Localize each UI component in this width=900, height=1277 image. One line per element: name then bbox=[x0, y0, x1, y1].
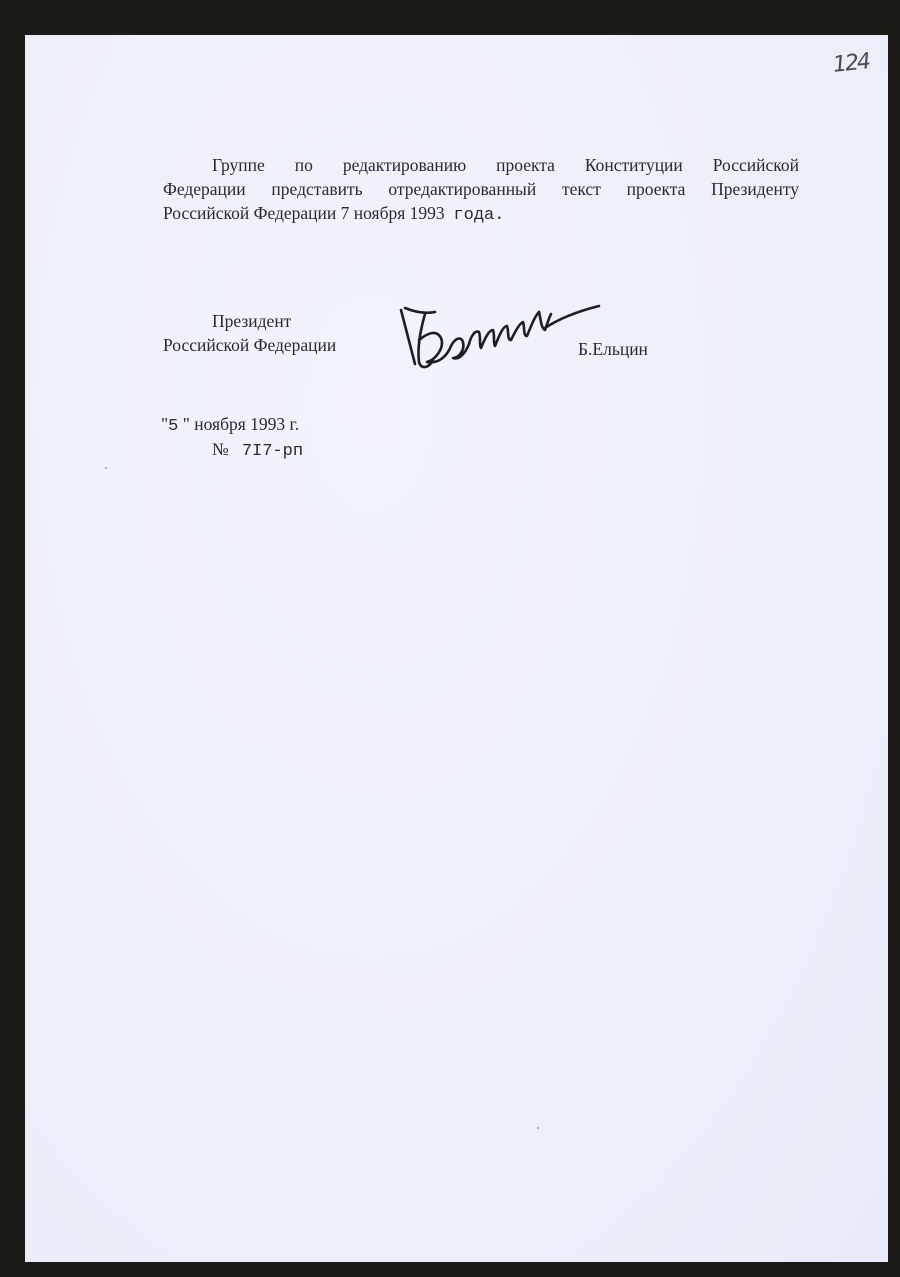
number-symbol: № bbox=[212, 439, 229, 459]
signatory-title-line2: Российской Федерации bbox=[163, 335, 336, 356]
body-line-2: Федерации представить отредактированный … bbox=[163, 177, 799, 201]
paper-speck bbox=[537, 1127, 539, 1129]
decree-body: Группе по редактированию проекта Констит… bbox=[163, 153, 799, 228]
handwritten-page-number: 124 bbox=[832, 49, 870, 78]
date-rest: ноября 1993 г. bbox=[194, 414, 299, 434]
decree-number: № 7I7-рп bbox=[212, 439, 303, 461]
paper-page: 124 Группе по редактированию проекта Кон… bbox=[25, 35, 888, 1262]
body-line-3: Российской Федерации 7 ноября 1993 года. bbox=[163, 201, 799, 228]
number-value: 7I7-рп bbox=[242, 442, 303, 461]
typed-insertion: года. bbox=[453, 206, 504, 225]
paper-speck bbox=[105, 467, 107, 469]
body-line-3-text: Российской Федерации 7 ноября 1993 bbox=[163, 203, 445, 223]
body-line-1: Группе по редактированию проекта Констит… bbox=[163, 153, 799, 177]
date-day: 5 bbox=[168, 417, 178, 436]
decree-date: "5 " ноября 1993 г. bbox=[161, 414, 299, 436]
scanned-document: 124 Группе по редактированию проекта Кон… bbox=[0, 0, 900, 1277]
signatory-title-line1: Президент bbox=[212, 311, 291, 332]
signatory-name: Б.Ельцин bbox=[578, 339, 648, 360]
signature-icon bbox=[395, 268, 605, 388]
